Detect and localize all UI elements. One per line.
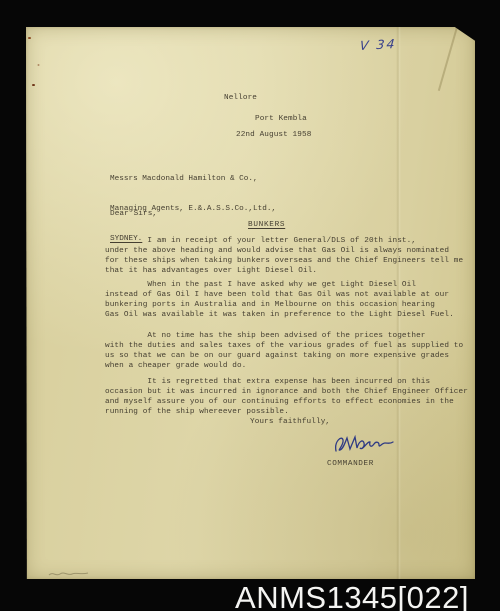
paragraph-4: It is regretted that extra expense has b… — [105, 377, 480, 417]
commander-signature-handwriting — [329, 431, 399, 459]
handwritten-reference-number: V 34 — [359, 36, 397, 53]
paragraph-2: When in the past I have asked why we get… — [105, 280, 480, 320]
subject-heading: BUNKERS — [248, 220, 285, 230]
signer-title: COMMANDER — [327, 459, 374, 469]
recipient-line-1: Messrs Macdonald Hamilton & Co., — [110, 174, 276, 184]
date-line: 22nd August 1958 — [236, 130, 311, 140]
archive-photo-background: V 34 Nellore Port Kembla 22nd August 195… — [0, 0, 500, 611]
paragraph-1: I am in receipt of your letter General/D… — [105, 236, 480, 276]
paper-fold-top-right — [438, 27, 458, 91]
salutation: Dear Sirs, — [110, 209, 157, 219]
ship-name: Nellore — [224, 93, 257, 103]
paper-stain-specks — [28, 37, 31, 39]
closing-valediction: Yours faithfully, — [250, 417, 330, 427]
letter-document: V 34 Nellore Port Kembla 22nd August 195… — [26, 27, 475, 579]
paragraph-3: At no time has the ship been advised of … — [105, 331, 480, 371]
port-line: Port Kembla — [255, 114, 307, 124]
pencil-scribble — [48, 569, 90, 579]
catalog-number-label: ANMS1345[022] — [235, 580, 469, 611]
